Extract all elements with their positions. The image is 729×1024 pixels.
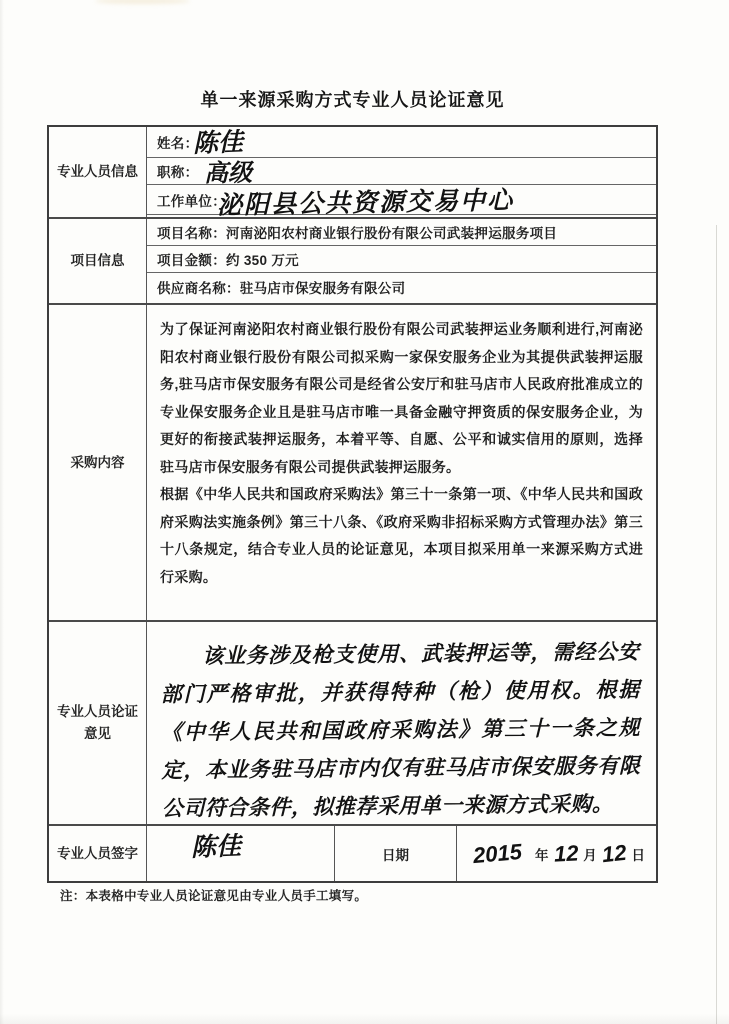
signature-handwritten-value: 陈佳 [191, 834, 242, 861]
project-name-row: 项目名称： 河南泌阳农村商业银行股份有限公司武装押运服务项目 [147, 219, 656, 246]
personnel-info-row-label-text: 专业人员信息 [57, 161, 138, 183]
project-name-label: 项目名称： [157, 222, 226, 242]
form-table: 专业人员信息 姓名： 职称： 工作单位： 陈佳 高级 泌阳县公共资源交易中心 项 [47, 125, 658, 883]
project-amount-row: 项目金额： 约 350 万元 [147, 246, 656, 273]
date-day-unit: 日 [632, 844, 646, 864]
date-year-handwritten: 2015 [472, 840, 523, 866]
signature-row-label: 专业人员签字 [49, 826, 147, 881]
date-month-unit: 月 [583, 844, 597, 864]
supplier-value: 驻马店市保安服务有限公司 [240, 277, 406, 297]
title-handwritten-value: 高级 [204, 162, 252, 187]
expert-opinion-cell: 该业务涉及枪支使用、武装押运等，需经公安部门严格审批，并获得特种（枪）使用权。根… [147, 622, 656, 824]
signature-cell: 陈佳 [147, 826, 335, 881]
supplier-label: 供应商名称： [157, 277, 240, 297]
row-procurement-content: 采购内容 为了保证河南泌阳农村商业银行股份有限公司武装押运业务顺利进行,河南泌阳… [49, 305, 656, 622]
procurement-content-row-label-text: 采购内容 [71, 452, 125, 474]
name-handwritten-value: 陈佳 [193, 130, 244, 157]
procurement-paragraph-2: 根据《中华人民共和国政府采购法》第三十一条第一项、《中华人民共和国政府采购法实施… [160, 481, 643, 591]
expert-opinion-row-label-line2: 意见 [84, 723, 111, 745]
date-value-cell: 2015 年 12 月 12 日 [457, 826, 656, 881]
work-unit-field-label: 工作单位： [157, 190, 226, 210]
supplier-row: 供应商名称： 驻马店市保安服务有限公司 [147, 273, 656, 301]
row-signature: 专业人员签字 陈佳 日期 2015 年 12 月 12 日 [49, 826, 656, 881]
procurement-content-row-label: 采购内容 [49, 305, 147, 620]
expert-opinion-row-label-line1: 专业人员论证 [57, 701, 138, 723]
title-field-label: 职称： [157, 161, 198, 181]
row-expert-opinion: 专业人员论证 意见 该业务涉及枪支使用、武装押运等，需经公安部门严格审批，并获得… [49, 622, 656, 826]
row-personnel-info: 专业人员信息 姓名： 职称： 工作单位： 陈佳 高级 泌阳县公共资源交易中心 [49, 127, 656, 219]
work-unit-handwritten-value: 泌阳县公共资源交易中心 [217, 188, 514, 218]
scan-artifact-bottom-shade [0, 1014, 729, 1024]
expert-opinion-handwritten-text: 该业务涉及枪支使用、武装押运等，需经公安部门严格审批，并获得特种（枪）使用权。根… [146, 619, 657, 828]
date-year-unit: 年 [535, 844, 549, 864]
signature-row-label-text: 专业人员签字 [57, 843, 138, 865]
project-info-row-label-text: 项目信息 [71, 250, 125, 272]
personnel-info-row-label: 专业人员信息 [49, 127, 147, 217]
project-info-row-label: 项目信息 [49, 219, 147, 303]
footnote: 注：本表格中专业人员论证意见由专业人员手工填写。 [60, 886, 367, 904]
page-title: 单一来源采购方式专业人员论证意见 [47, 86, 658, 112]
scan-artifact-right-line [716, 225, 717, 1024]
date-day-handwritten: 12 [601, 841, 628, 865]
procurement-content-cell: 为了保证河南泌阳农村商业银行股份有限公司武装押运业务顺利进行,河南泌阳农村商业银… [147, 305, 656, 620]
date-month-handwritten: 12 [553, 842, 579, 865]
project-amount-label: 项目金额： [157, 249, 226, 269]
procurement-paragraphs: 为了保证河南泌阳农村商业银行股份有限公司武装押运业务顺利进行,河南泌阳农村商业银… [147, 305, 656, 591]
personnel-info-content: 姓名： 职称： 工作单位： 陈佳 高级 泌阳县公共资源交易中心 [147, 127, 656, 217]
expert-opinion-row-label: 专业人员论证 意见 [49, 622, 147, 824]
procurement-paragraph-1: 为了保证河南泌阳农村商业银行股份有限公司武装押运业务顺利进行,河南泌阳农村商业银… [160, 316, 643, 481]
date-label-cell: 日期 [335, 826, 457, 881]
project-name-value: 河南泌阳农村商业银行股份有限公司武装押运服务项目 [226, 222, 557, 242]
scanned-form-page: 单一来源采购方式专业人员论证意见 专业人员信息 姓名： 职称： 工作单位： 陈佳… [0, 0, 729, 1024]
date-label-text: 日期 [382, 844, 409, 864]
project-amount-value: 约 350 万元 [226, 249, 299, 269]
scan-artifact-corner [95, 0, 190, 4]
scan-artifact-left-edge [0, 0, 4, 1024]
project-info-content: 项目名称： 河南泌阳农村商业银行股份有限公司武装押运服务项目 项目金额： 约 3… [147, 219, 656, 303]
row-project-info: 项目信息 项目名称： 河南泌阳农村商业银行股份有限公司武装押运服务项目 项目金额… [49, 219, 656, 305]
